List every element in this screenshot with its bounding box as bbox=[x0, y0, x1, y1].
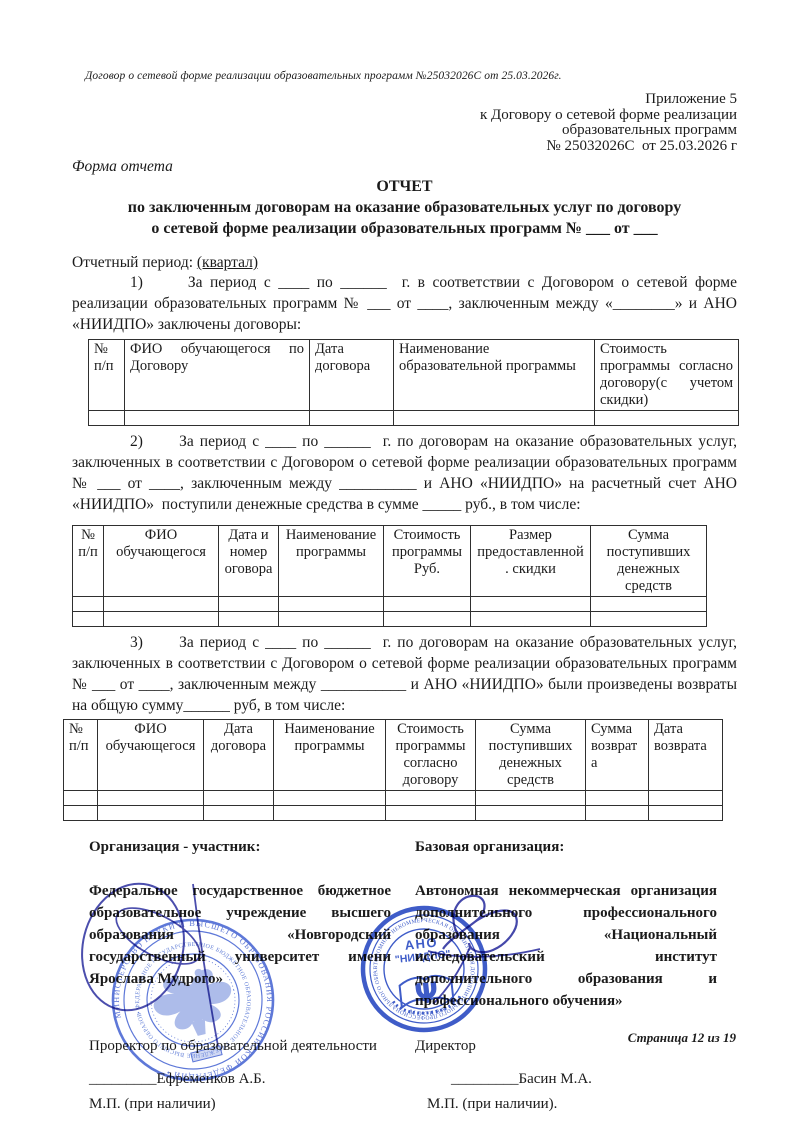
base-org-label: Базовая организация: bbox=[415, 839, 717, 856]
table3-cell bbox=[98, 806, 204, 821]
table-contracts: № п/п ФИО обучающегося по Договору Дата … bbox=[88, 339, 739, 426]
table-header-row: № п/п ФИО обучающегося по Договору Дата … bbox=[89, 340, 739, 411]
appendix-line: № 25032026С от 25.03.2026 г bbox=[72, 139, 737, 155]
paragraph-3: 3) За период с ____ по ______ г. по дого… bbox=[72, 632, 737, 716]
appendix-line: Приложение 5 bbox=[72, 92, 737, 108]
signer-title-left: Проректор по образовательной деятельност… bbox=[89, 1038, 409, 1055]
table-refunds: № п/п ФИО обучающегося Дата договора Наи… bbox=[63, 719, 723, 821]
table2-header-program: Наименование программы bbox=[279, 526, 384, 597]
table1-header-fio: ФИО обучающегося по Договору bbox=[125, 340, 310, 411]
table1-cell bbox=[595, 411, 739, 426]
table2-header-fio: ФИО обучающегося bbox=[104, 526, 219, 597]
table3-header-num: № п/п bbox=[64, 720, 98, 791]
contract-reference-line: Договор о сетевой форме реализации образ… bbox=[85, 70, 737, 82]
table1-header-cost: Стоимость программы согласно договору(с … bbox=[595, 340, 739, 411]
table-header-row: № п/п ФИО обучающегося Дата и номер огов… bbox=[73, 526, 707, 597]
signature-line-right: _________Басин М.А. bbox=[451, 1071, 737, 1088]
organizations-labels: Организация - участник: Базовая организа… bbox=[72, 839, 737, 856]
table-row bbox=[89, 411, 739, 426]
seal-notes: М.П. (при наличии) М.П. (при наличии). bbox=[72, 1096, 737, 1113]
report-title-line3: о сетевой форме реализации образовательн… bbox=[72, 218, 737, 239]
table3-cell bbox=[476, 791, 586, 806]
signature-lines: _________Ефременков А.Б. _________Басин … bbox=[72, 1071, 737, 1088]
table3-cell bbox=[204, 806, 274, 821]
participant-org-name: Федеральное государственное бюджетное об… bbox=[89, 880, 391, 1012]
table3-header-date: Дата договора bbox=[204, 720, 274, 791]
table1-header-num: № п/п bbox=[89, 340, 125, 411]
appendix-line: к Договору о сетевой форме реализации bbox=[72, 108, 737, 124]
table2-cell bbox=[73, 612, 104, 627]
page-number: Страница 12 из 19 bbox=[628, 1030, 736, 1046]
table1-header-date: Дата договора bbox=[310, 340, 394, 411]
table2-cell bbox=[219, 597, 279, 612]
table3-header-cost: Стоимость программы согласно договору bbox=[386, 720, 476, 791]
seal-note-left: М.П. (при наличии) bbox=[89, 1096, 391, 1113]
table1-cell bbox=[125, 411, 310, 426]
table2-header-date: Дата и номер оговора bbox=[219, 526, 279, 597]
table2-cell bbox=[279, 597, 384, 612]
table2-cell bbox=[279, 612, 384, 627]
table2-header-num: № п/п bbox=[73, 526, 104, 597]
table2-cell bbox=[384, 612, 471, 627]
table3-header-sum: Сумма поступивших денежных средств bbox=[476, 720, 586, 791]
table2-cell bbox=[384, 597, 471, 612]
table1-cell bbox=[89, 411, 125, 426]
table3-cell bbox=[98, 791, 204, 806]
table-row bbox=[73, 597, 707, 612]
form-label: Форма отчета bbox=[72, 158, 737, 176]
table-row bbox=[73, 612, 707, 627]
table-header-row: № п/п ФИО обучающегося Дата договора Наи… bbox=[64, 720, 723, 791]
paragraph-2: 2) За период с ____ по ______ г. по дого… bbox=[72, 431, 737, 515]
appendix-block: Приложение 5 к Договору о сетевой форме … bbox=[72, 92, 737, 154]
table3-header-refund-date: Дата возврата bbox=[649, 720, 723, 791]
document-page: Договор о сетевой форме реализации образ… bbox=[0, 0, 800, 1131]
table3-cell bbox=[476, 806, 586, 821]
base-org-name: Автономная некоммерческая организация до… bbox=[415, 880, 717, 1012]
report-title-line2: по заключенным договорам на оказание обр… bbox=[72, 197, 737, 218]
table2-cell bbox=[471, 612, 591, 627]
report-title: ОТЧЕТ по заключенным договорам на оказан… bbox=[72, 176, 737, 239]
table2-cell bbox=[591, 597, 707, 612]
table2-cell bbox=[471, 597, 591, 612]
table-row bbox=[64, 791, 723, 806]
table3-header-refund-sum: Сумма возврата bbox=[586, 720, 649, 791]
table2-cell bbox=[104, 612, 219, 627]
participant-org-label: Организация - участник: bbox=[89, 839, 391, 856]
paragraph-1: 1) За период с ____ по ______ г. в соотв… bbox=[72, 272, 737, 335]
table3-cell bbox=[586, 791, 649, 806]
table2-cell bbox=[104, 597, 219, 612]
table3-cell bbox=[64, 806, 98, 821]
table3-cell bbox=[649, 791, 723, 806]
table3-cell bbox=[649, 806, 723, 821]
appendix-line: образовательных программ bbox=[72, 123, 737, 139]
table1-header-program: Наименование образовательной программы bbox=[394, 340, 595, 411]
table3-cell bbox=[64, 791, 98, 806]
report-period-value: (квартал) bbox=[197, 254, 258, 271]
organizations-names: Федеральное государственное бюджетное об… bbox=[72, 856, 737, 1012]
table1-cell bbox=[394, 411, 595, 426]
table2-header-discount: Размер предоставленной. скидки bbox=[471, 526, 591, 597]
table2-cell bbox=[73, 597, 104, 612]
table-payments: № п/п ФИО обучающегося Дата и номер огов… bbox=[72, 525, 707, 627]
table3-cell bbox=[386, 791, 476, 806]
table3-cell bbox=[586, 806, 649, 821]
table3-cell bbox=[274, 791, 386, 806]
report-title-line1: ОТЧЕТ bbox=[72, 176, 737, 197]
table1-cell bbox=[310, 411, 394, 426]
table2-header-cost: Стоимость программы Руб. bbox=[384, 526, 471, 597]
report-period-line: Отчетный период: (квартал) bbox=[72, 254, 737, 272]
table2-cell bbox=[591, 612, 707, 627]
seal-note-right: М.П. (при наличии). bbox=[427, 1096, 729, 1113]
table2-header-sum: Сумма поступивших денежных средств bbox=[591, 526, 707, 597]
table-row bbox=[64, 806, 723, 821]
table3-cell bbox=[386, 806, 476, 821]
table3-header-fio: ФИО обучающегося bbox=[98, 720, 204, 791]
table3-cell bbox=[204, 791, 274, 806]
table3-header-program: Наименование программы bbox=[274, 720, 386, 791]
report-period-label: Отчетный период: bbox=[72, 254, 197, 271]
table2-cell bbox=[219, 612, 279, 627]
table3-cell bbox=[274, 806, 386, 821]
signature-line-left: _________Ефременков А.Б. bbox=[89, 1071, 375, 1088]
